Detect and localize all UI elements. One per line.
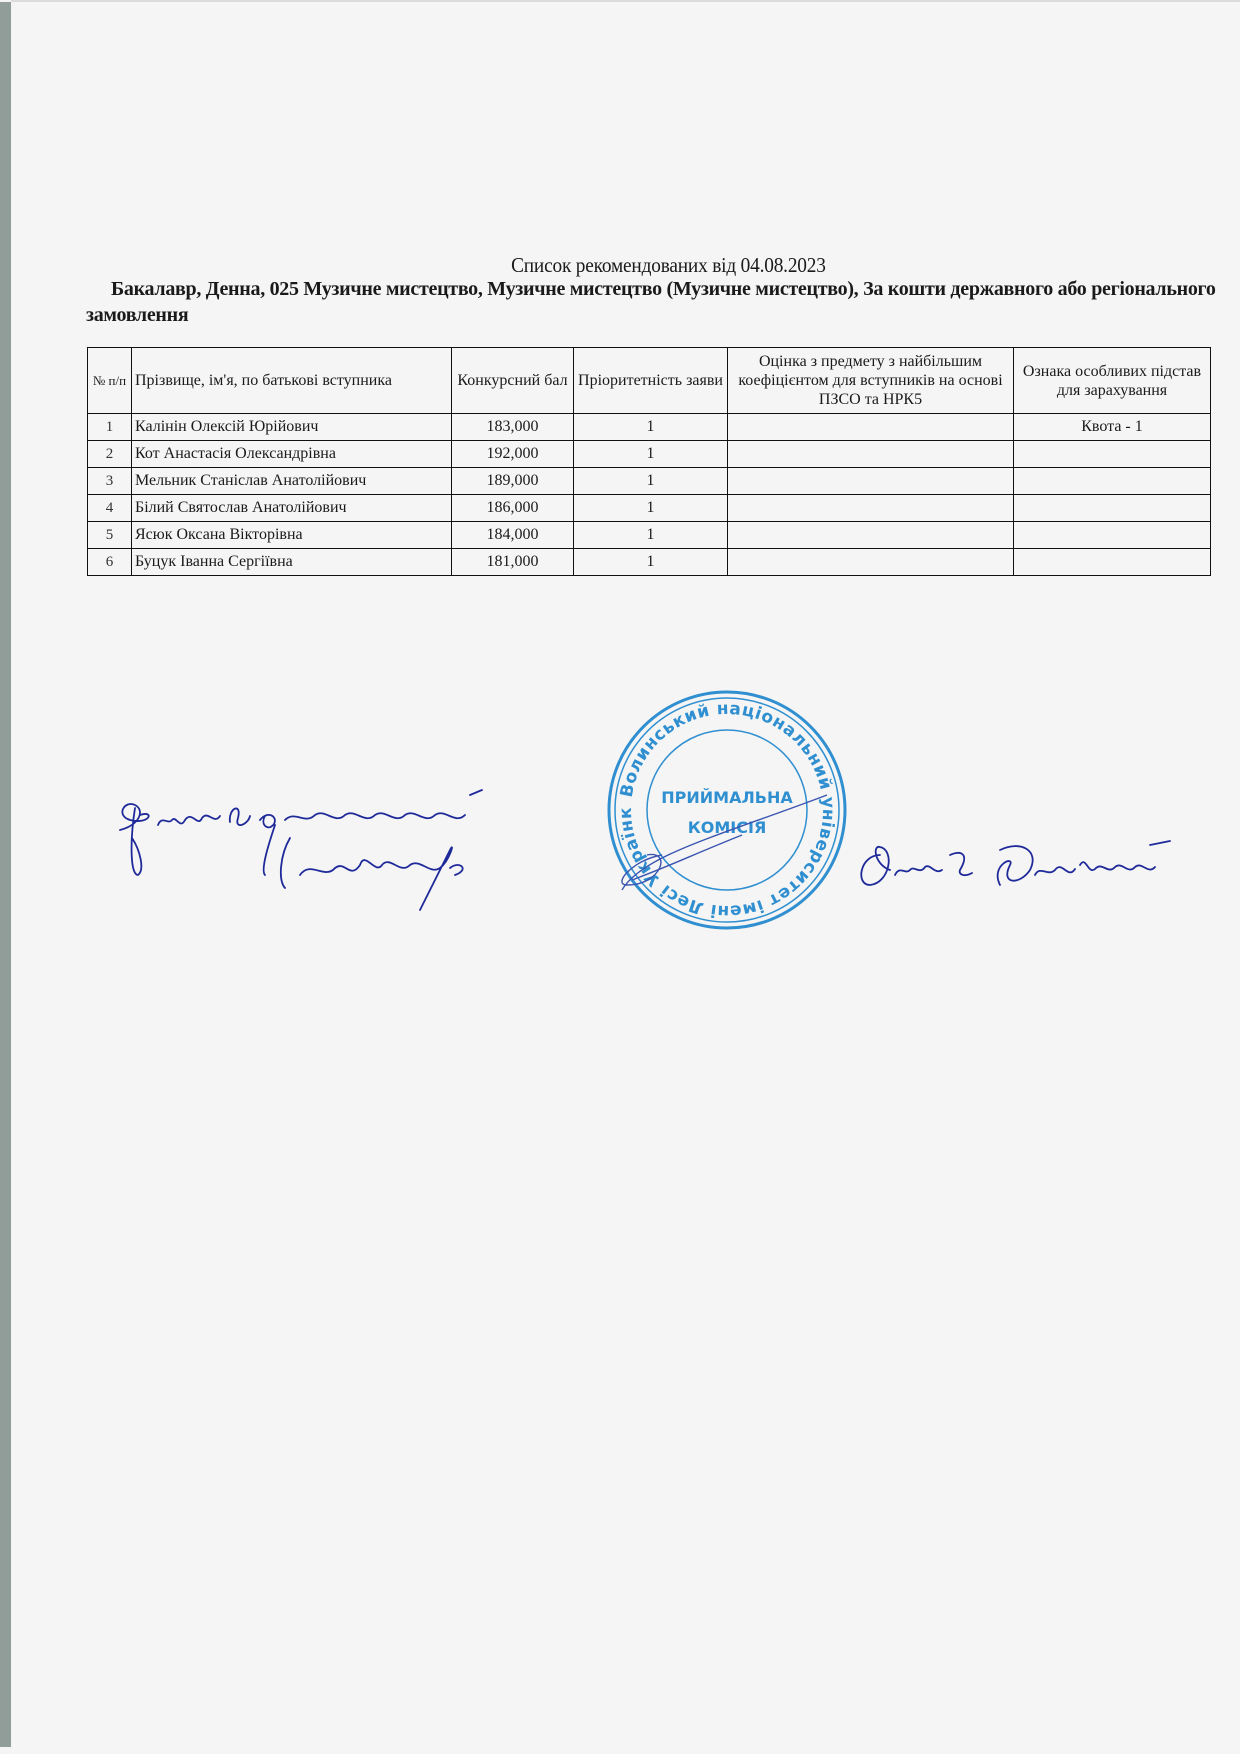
applicant-name: Буцук Іванна Сергіївна xyxy=(132,549,452,576)
row-number: 4 xyxy=(88,495,132,522)
table-row: 4Білий Святослав Анатолійович186,0001 xyxy=(88,495,1211,522)
document-subtitle: Бакалавр, Денна, 025 Музичне мистецтво, … xyxy=(86,276,1226,328)
recommended-list-table: № п/п Прізвище, ім'я, по батькові вступн… xyxy=(87,347,1211,576)
row-number: 5 xyxy=(88,522,132,549)
subject-grade xyxy=(728,441,1014,468)
subject-grade xyxy=(728,495,1014,522)
applicant-name: Кот Анастасія Олександрівна xyxy=(132,441,452,468)
special-grounds xyxy=(1014,522,1211,549)
application-priority: 1 xyxy=(574,441,728,468)
competitive-score: 192,000 xyxy=(452,441,574,468)
applicant-name: Білий Святослав Анатолійович xyxy=(132,495,452,522)
application-priority: 1 xyxy=(574,549,728,576)
row-number: 1 xyxy=(88,414,132,441)
header-special-grounds: Ознака особливих підстав для зарахування xyxy=(1014,348,1211,414)
signature-head xyxy=(850,825,1180,915)
subject-grade xyxy=(728,522,1014,549)
table-header-row: № п/п Прізвище, ім'я, по батькові вступн… xyxy=(88,348,1211,414)
admission-committee-stamp: Волинський національний університет імен… xyxy=(602,685,852,935)
row-number: 2 xyxy=(88,441,132,468)
applicant-name: Мельник Станіслав Анатолійович xyxy=(132,468,452,495)
scan-edge xyxy=(0,2,11,1747)
header-number: № п/п xyxy=(88,348,132,414)
header-priority: Пріоритетність заяви xyxy=(574,348,728,414)
svg-text:ПРИЙМАЛЬНА: ПРИЙМАЛЬНА xyxy=(661,788,793,807)
competitive-score: 183,000 xyxy=(452,414,574,441)
header-subject-grade: Оцінка з предмету з найбільшим коефіцієн… xyxy=(728,348,1014,414)
special-grounds xyxy=(1014,549,1211,576)
table-row: 3Мельник Станіслав Анатолійович189,0001 xyxy=(88,468,1211,495)
subject-grade xyxy=(728,468,1014,495)
header-name: Прізвище, ім'я, по батькові вступника xyxy=(132,348,452,414)
applicant-name: Калінін Олексій Юрійович xyxy=(132,414,452,441)
application-priority: 1 xyxy=(574,495,728,522)
title-text: Список рекомендованих від 04.08.2023 xyxy=(511,253,826,277)
applicant-name: Ясюк Оксана Вікторівна xyxy=(132,522,452,549)
competitive-score: 189,000 xyxy=(452,468,574,495)
table-row: 2Кот Анастасія Олександрівна192,0001 xyxy=(88,441,1211,468)
competitive-score: 181,000 xyxy=(452,549,574,576)
application-priority: 1 xyxy=(574,522,728,549)
table-row: 1Калінін Олексій Юрійович183,0001Квота -… xyxy=(88,414,1211,441)
row-number: 3 xyxy=(88,468,132,495)
special-grounds xyxy=(1014,495,1211,522)
stamp-outer-ring xyxy=(609,692,845,928)
special-grounds xyxy=(1014,441,1211,468)
table-row: 5Ясюк Оксана Вікторівна184,0001 xyxy=(88,522,1211,549)
row-number: 6 xyxy=(88,549,132,576)
competitive-score: 184,000 xyxy=(452,522,574,549)
special-grounds xyxy=(1014,468,1211,495)
subject-grade xyxy=(728,549,1014,576)
document-title: Список рекомендованих від 04.08.2023 xyxy=(52,253,1193,278)
subject-grade xyxy=(728,414,1014,441)
table-row: 6Буцук Іванна Сергіївна181,0001 xyxy=(88,549,1211,576)
signature-responsible-secretary xyxy=(110,780,570,930)
competitive-score: 186,000 xyxy=(452,495,574,522)
special-grounds: Квота - 1 xyxy=(1014,414,1211,441)
header-score: Конкурсний бал xyxy=(452,348,574,414)
application-priority: 1 xyxy=(574,468,728,495)
application-priority: 1 xyxy=(574,414,728,441)
